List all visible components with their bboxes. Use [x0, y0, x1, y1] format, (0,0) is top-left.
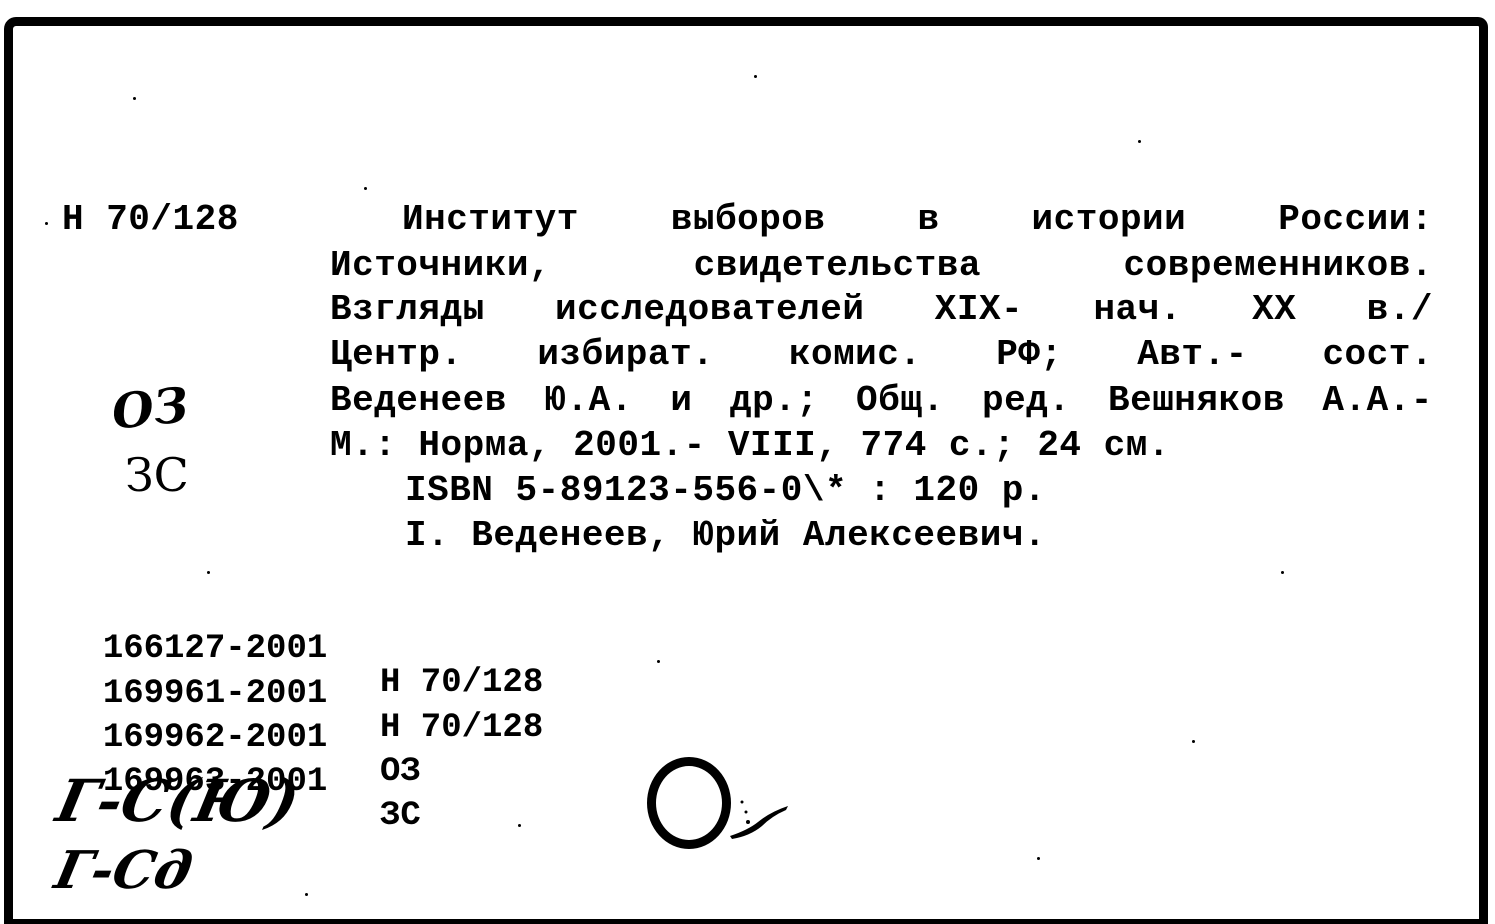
- title-word: Ю.А.: [544, 383, 632, 419]
- title-word: Общ.: [856, 383, 944, 419]
- title-word: нач.: [1093, 292, 1181, 328]
- title-word: XX: [1252, 292, 1296, 328]
- title-line-2: Источники,свидетельствасовременников.: [330, 248, 1433, 284]
- scan-speck: [1192, 740, 1195, 743]
- handwritten-location-2: ЗС: [125, 452, 189, 498]
- scan-speck: [754, 75, 757, 78]
- title-line-1: ИнститутвыбороввисторииРоссии:: [402, 202, 1433, 238]
- title-word: выборов: [671, 202, 826, 238]
- added-entry-line: I. Веденеев, Юрий Алексеевич.: [405, 518, 1046, 554]
- scan-speck: [305, 893, 308, 896]
- title-word: А.А.-: [1322, 383, 1433, 419]
- inventory-location: Н 70/128: [380, 711, 543, 745]
- title-word: Веденеев: [330, 383, 507, 419]
- handwritten-note-1: Г-С(Ю): [52, 772, 304, 830]
- title-word: Центр.: [330, 337, 463, 373]
- inventory-location: ОЗ: [380, 755, 421, 789]
- scan-speck: [657, 660, 660, 663]
- inventory-location: ЗС: [380, 799, 421, 833]
- handwritten-note-2: Г-Сд: [50, 845, 196, 897]
- title-word: др.;: [730, 383, 818, 419]
- title-word: сост.: [1322, 337, 1433, 373]
- scan-speck: [207, 571, 210, 574]
- title-word: РФ;: [996, 337, 1062, 373]
- title-word: Институт: [402, 202, 579, 238]
- stamp-tail-mark-icon: [728, 800, 790, 840]
- shelf-mark: Н 70/128: [62, 202, 239, 238]
- circle-stamp-icon: [647, 757, 731, 849]
- imprint-line: М.: Норма, 2001.- VIII, 774 с.; 24 см.: [330, 428, 1170, 464]
- title-word: исследователей: [555, 292, 864, 328]
- inventory-location: Н 70/128: [380, 666, 543, 700]
- title-word: комис.: [789, 337, 922, 373]
- title-word: свидетельства: [694, 248, 981, 284]
- scan-speck: [1281, 571, 1284, 574]
- title-word: в./: [1367, 292, 1433, 328]
- isbn-line: ISBN 5-89123-556-0\* : 120 р.: [405, 473, 1046, 509]
- title-word: Взгляды: [330, 292, 485, 328]
- title-word: избират.: [537, 337, 714, 373]
- title-word: современников.: [1124, 248, 1433, 284]
- title-word: XIX-: [935, 292, 1023, 328]
- title-word: России:: [1278, 202, 1433, 238]
- scan-speck: [1138, 140, 1141, 143]
- title-line-4: Центр.избират.комис.РФ;Авт.-сост.: [330, 337, 1433, 373]
- title-word: Источники,: [330, 248, 551, 284]
- title-word: Вешняков: [1108, 383, 1285, 419]
- title-word: ред.: [982, 383, 1070, 419]
- scan-speck: [518, 824, 521, 827]
- scan-speck: [1037, 857, 1040, 860]
- title-word: и: [670, 383, 692, 419]
- handwritten-location-1: ОЗ: [110, 381, 191, 437]
- title-line-5: ВеденеевЮ.А.идр.;Общ.ред.ВешняковА.А.-: [330, 383, 1433, 419]
- title-word: в: [917, 202, 939, 238]
- scan-speck: [364, 187, 367, 190]
- title-line-3: ВзглядыисследователейXIX-нач.XXв./: [330, 292, 1433, 328]
- title-word: Авт.-: [1137, 337, 1248, 373]
- scan-speck: [45, 222, 48, 225]
- title-word: истории: [1032, 202, 1187, 238]
- scan-speck: [133, 97, 136, 100]
